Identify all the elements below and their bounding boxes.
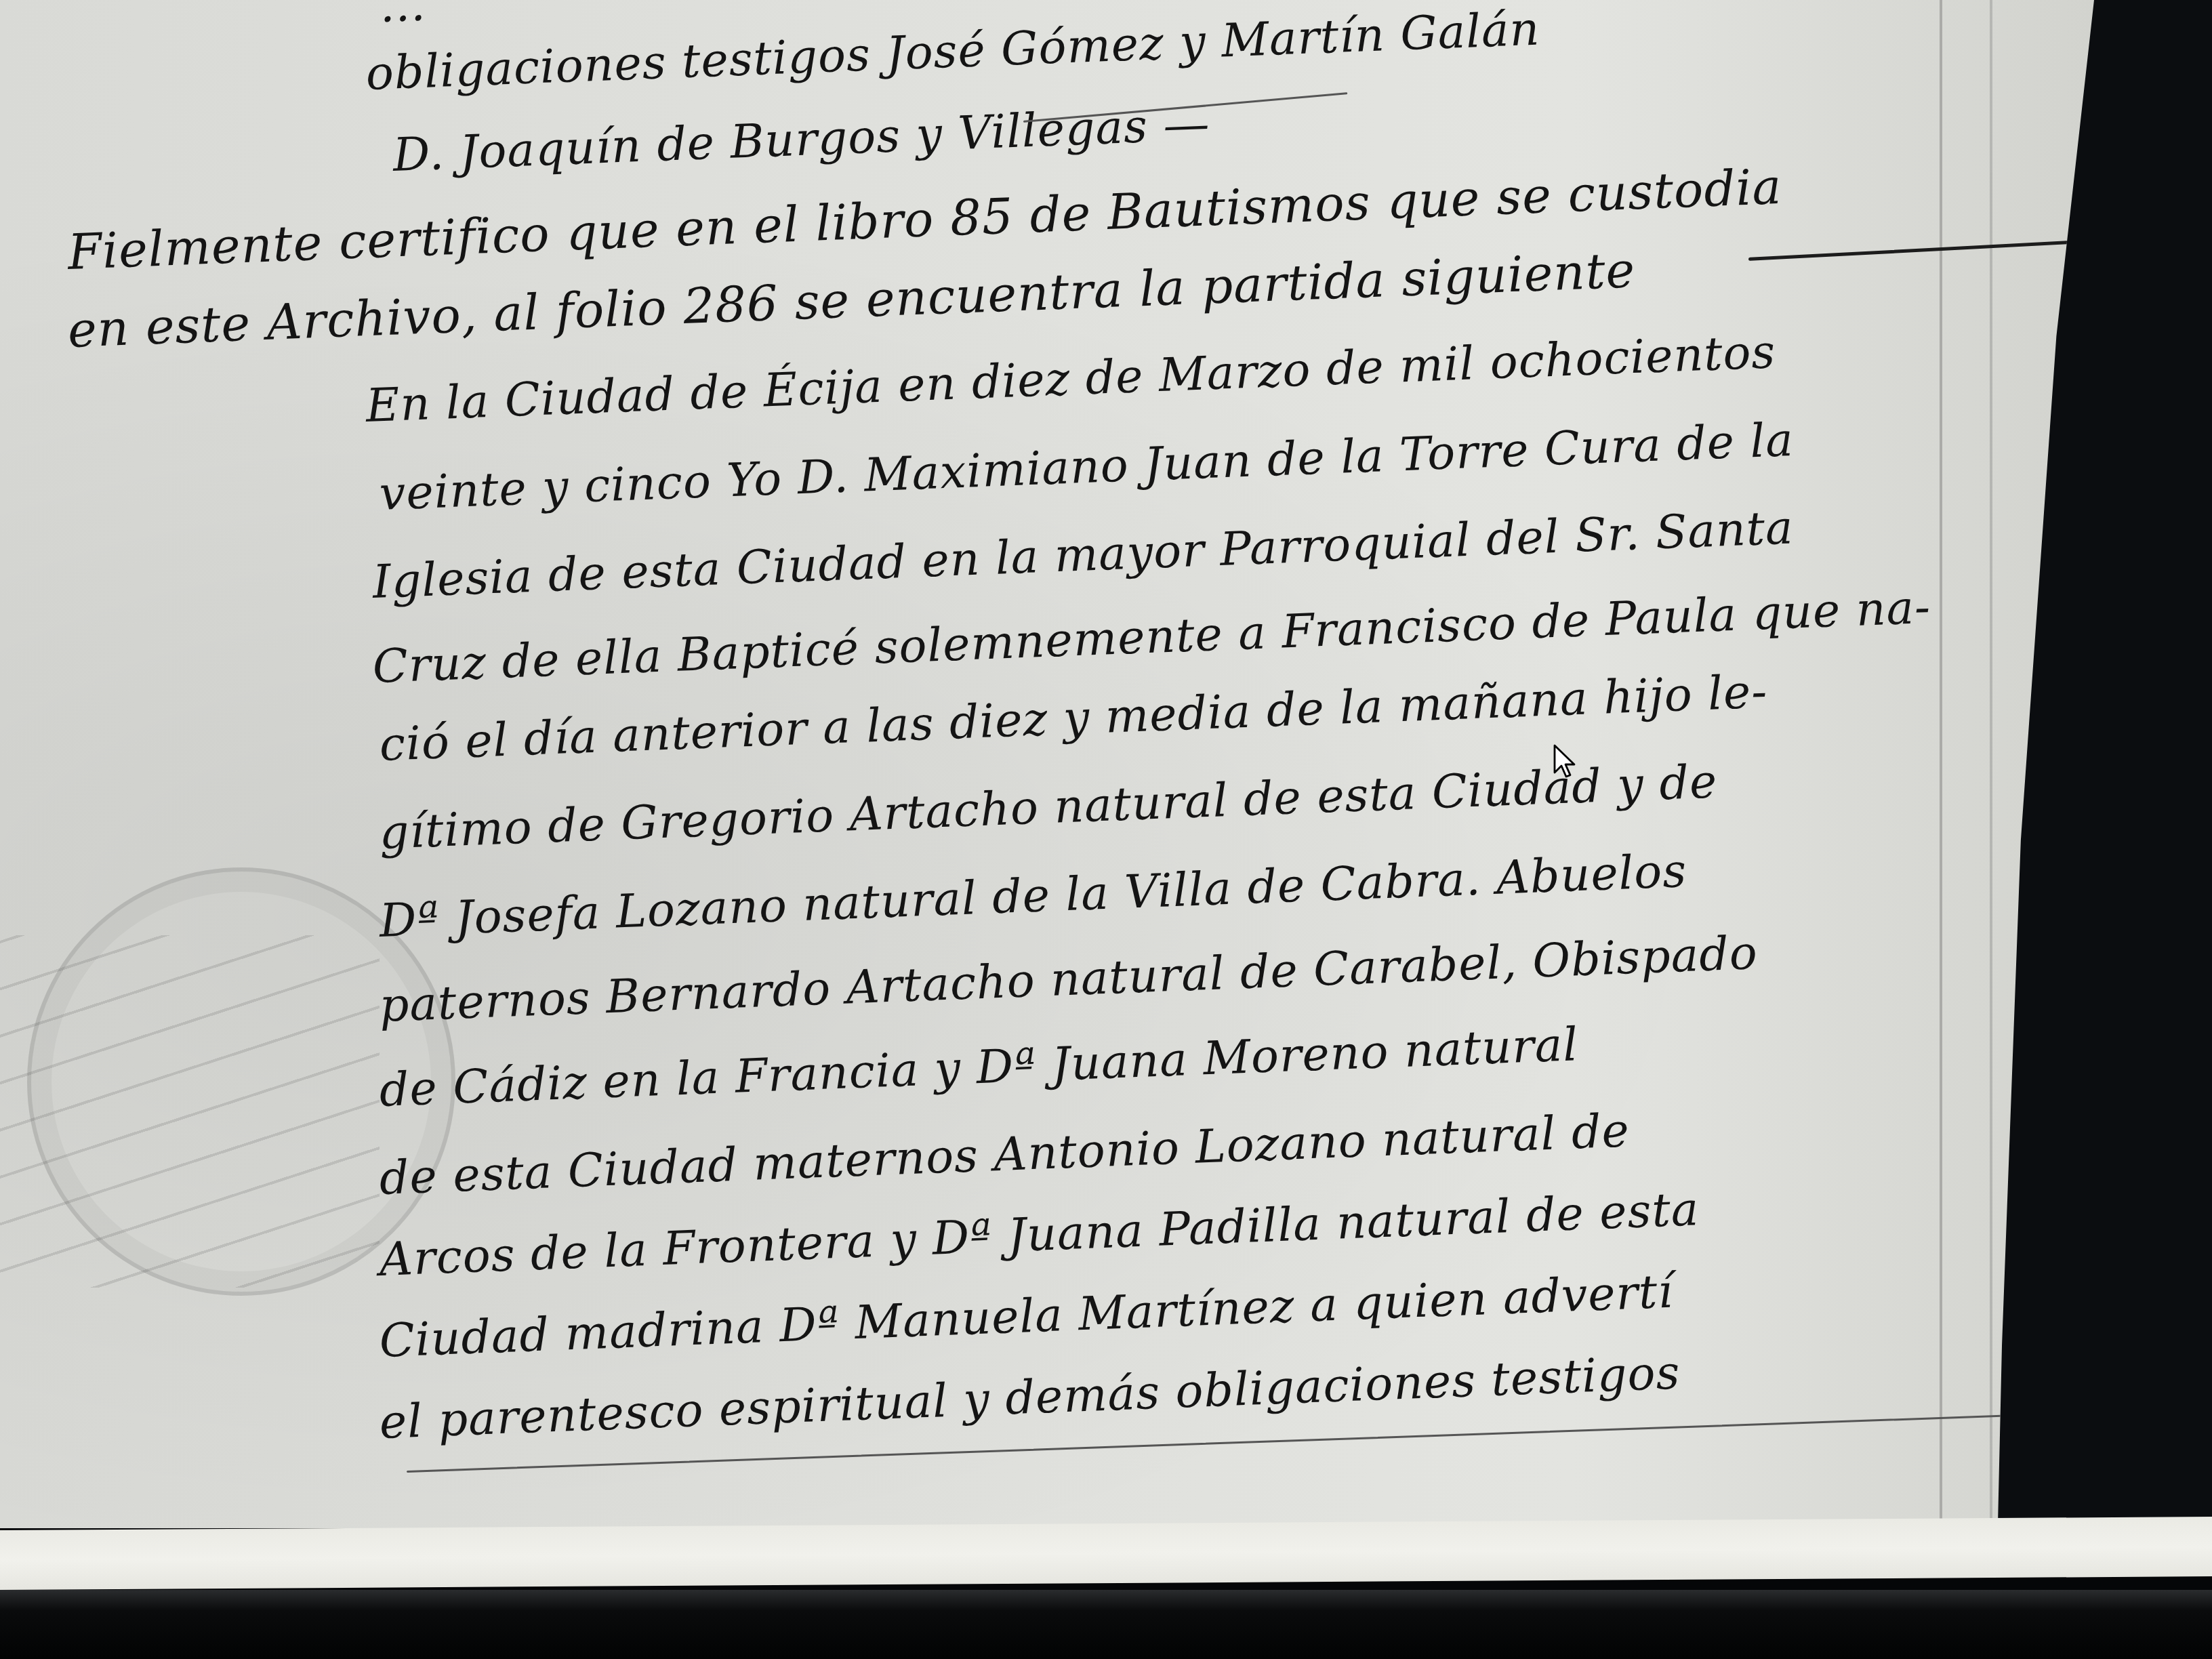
handwritten-line: de Cádiz en la Francia y Dª Juana Moreno… [378,1018,1579,1118]
monitor-bezel [0,1517,2212,1590]
bleed-through-text [0,935,380,1288]
handwritten-line: obligaciones testigos José Gómez y Martí… [365,2,1540,100]
handwritten-line: En la Ciudad de Écija en diez de Marzo d… [365,325,1776,433]
handwritten-line: Ciudad madrina Dª Manuela Martínez a qui… [378,1265,1674,1368]
handwritten-line: Dª Josefa Lozano natural de la Villa de … [378,844,1687,948]
line-filler-stroke [1748,241,2074,261]
document-page: … obligaciones testigos José Gómez y Mar… [0,0,2094,1528]
handwritten-line: de esta Ciudad maternos Antonio Lozano n… [378,1104,1631,1206]
monitor-screen: … obligaciones testigos José Gómez y Mar… [0,0,2212,1528]
handwritten-line: Iglesia de esta Ciudad en la mayor Parro… [371,501,1794,609]
desk-background [0,1590,2212,1659]
handwritten-line: veinte y cinco Yo D. Maximiano Juan de l… [378,413,1795,521]
handwritten-line: … [378,0,427,33]
page-edge [1940,0,1992,1528]
handwritten-line: D. Joaquín de Burgos y Villegas — [392,98,1210,182]
handwritten-line: gítimo de Gregorio Artacho natural de es… [378,755,1718,860]
handwritten-line: paternos Bernardo Artacho natural de Car… [378,926,1759,1033]
mouse-cursor-icon [1553,744,1576,781]
